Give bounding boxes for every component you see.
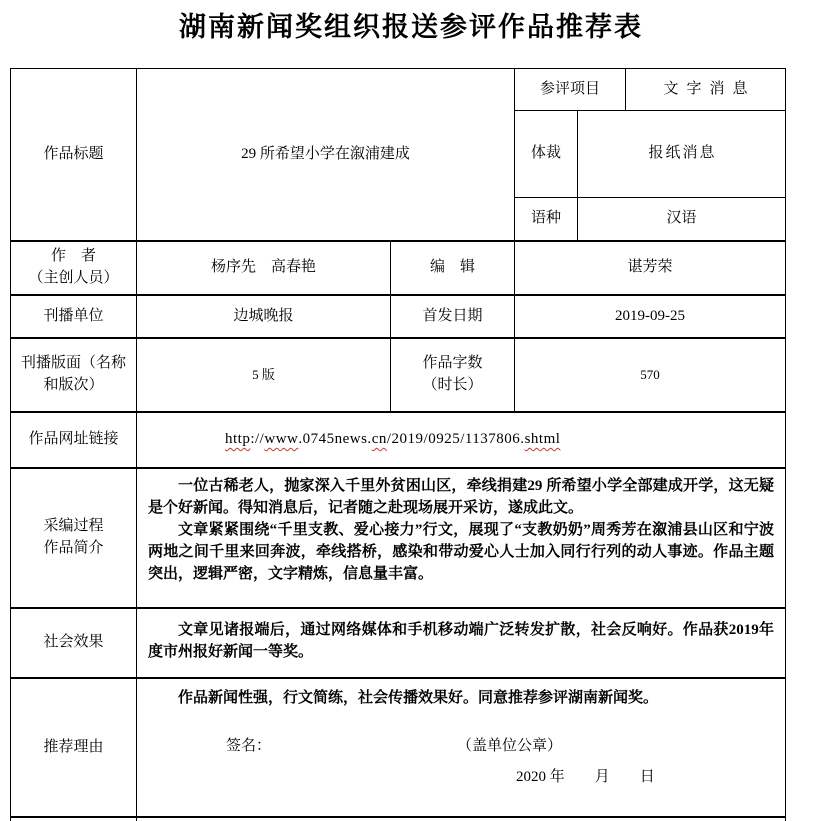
url-segment: shtml (525, 429, 561, 451)
first-publish-date-label: 首发日期 (390, 294, 515, 338)
process-intro-paragraph-1: 一位古稀老人，抛家深入千里外贫困山区，牵线捐建29 所希望小学全部建成开学，这无… (148, 475, 774, 519)
editor-label: 编 辑 (390, 240, 515, 295)
signature-label: 签名： (226, 735, 271, 757)
process-intro-label-line2: 作品简介 (43, 538, 103, 560)
authors-label-line1: 作 者 (51, 246, 96, 268)
work-url-value: http://www.0745news.cn/2019/0925/1137806… (136, 411, 786, 468)
genre-value: 报纸消息 (577, 110, 786, 198)
authors-value: 杨序先 高春艳 (136, 240, 391, 295)
url-segment: .0745news. (298, 429, 371, 451)
work-title-value: 29 所希望小学在溆浦建成 (136, 68, 515, 241)
url-segment: www (264, 429, 298, 451)
url-segment: :// (250, 429, 264, 451)
recommendation-label: 推荐理由 (10, 677, 137, 817)
social-effect-paragraph: 文章见诸报端后，通过网络媒体和手机移动端广泛转发扩散，社会反响好。作品获2019… (148, 619, 774, 663)
work-url-label: 作品网址链接 (10, 411, 137, 468)
authors-label: 作 者 （主创人员） (10, 240, 137, 295)
publisher-label: 刊播单位 (10, 294, 137, 338)
page-layout-label: 刊播版面（名称和版次） (10, 337, 137, 412)
process-intro-content: 一位古稀老人，抛家深入千里外贫困山区，牵线捐建29 所希望小学全部建成开学，这无… (136, 467, 786, 608)
genre-label: 体裁 (514, 110, 578, 198)
date-line: 2020 年 月 日 (516, 766, 774, 788)
next-row-stub-label-cell (10, 816, 137, 821)
page-layout-value: 5 版 (136, 337, 391, 412)
process-intro-label: 采编过程 作品简介 (10, 467, 137, 608)
work-title-label: 作品标题 (10, 68, 137, 241)
unit-seal-label: （盖单位公章） (457, 735, 562, 757)
recommendation-form-page: 湖南新闻奖组织报送参评作品推荐表 作品标题 29 所希望小学在溆浦建成 参评项目… (0, 0, 822, 821)
recommendation-content: 作品新闻性强，行文简练，社会传播效果好。同意推荐参评湖南新闻奖。 签名： （盖单… (136, 677, 786, 817)
url-segment: http (225, 429, 250, 451)
language-label: 语种 (514, 197, 578, 241)
entry-category-label: 参评项目 (514, 68, 626, 111)
process-intro-paragraph-2: 文章紧紧围绕“千里支教、爱心接力”行文，展现了“支教奶奶”周秀芳在溆浦县山区和宁… (148, 519, 774, 585)
word-count-value: 570 (514, 337, 786, 412)
entry-category-value: 文字消息 (625, 68, 786, 111)
form-title: 湖南新闻奖组织报送参评作品推荐表 (0, 5, 822, 44)
word-count-label-line2: （时长） (422, 375, 482, 397)
url-segment: cn (372, 429, 387, 451)
first-publish-date-value: 2019-09-25 (514, 294, 786, 338)
next-row-stub-value-cell (136, 816, 786, 821)
social-effect-content: 文章见诸报端后，通过网络媒体和手机移动端广泛转发扩散，社会反响好。作品获2019… (136, 607, 786, 678)
recommendation-comment: 作品新闻性强，行文简练，社会传播效果好。同意推荐参评湖南新闻奖。 (148, 687, 774, 709)
url-segment: /2019/0925/1137806. (387, 429, 525, 451)
publisher-value: 边城晚报 (136, 294, 391, 338)
word-count-label-line1: 作品字数 (422, 353, 482, 375)
word-count-label: 作品字数 （时长） (390, 337, 515, 412)
social-effect-label: 社会效果 (10, 607, 137, 678)
editor-value: 谌芳荣 (514, 240, 786, 295)
authors-label-line2: （主创人员） (28, 268, 118, 290)
process-intro-label-line1: 采编过程 (43, 516, 103, 538)
language-value: 汉语 (577, 197, 786, 241)
signature-row: 签名： （盖单位公章） (148, 735, 774, 757)
